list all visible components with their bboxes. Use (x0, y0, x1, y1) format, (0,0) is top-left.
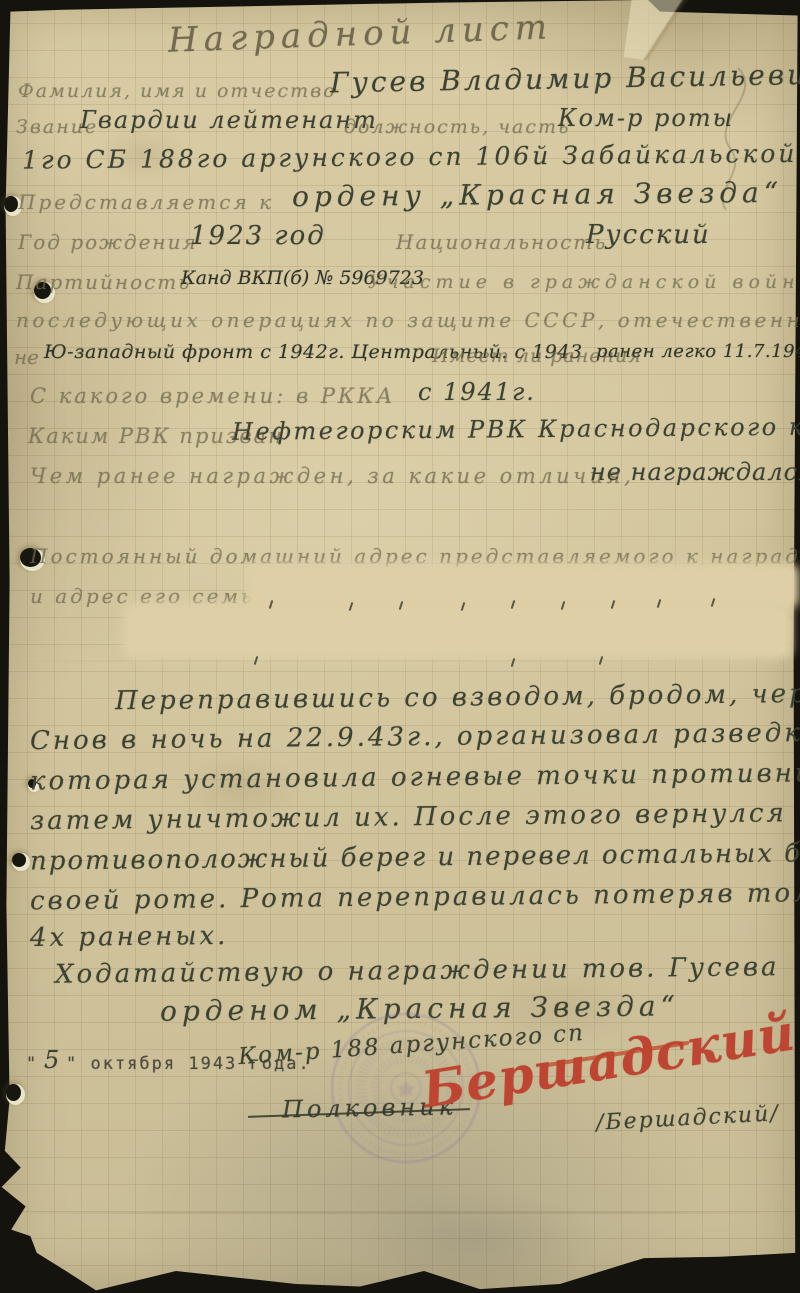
presented-label: Представляется к (18, 190, 274, 214)
rkka-since-label: С какого времени: в РККА (30, 384, 395, 408)
party-label: Партийность (16, 270, 191, 294)
prior-awards-value: не награждался (590, 458, 800, 486)
punch-hole-icon (4, 196, 18, 212)
position-label: должность, часть (344, 116, 570, 138)
position-value: Ком-р роты (558, 104, 734, 132)
address-label-1: Постоянный домашний адрес представляемог… (30, 544, 800, 568)
birth-year-value: 1923 год (190, 221, 326, 251)
punch-hole-icon (6, 1084, 21, 1101)
date-quote-open: " (26, 1054, 38, 1074)
rank-value: Гвардии лейтенант (80, 106, 378, 134)
war-participation-label-2: последующих операциях по защите СССР, от… (16, 308, 800, 332)
war-participation-label-1: Участие в гражданской войне, (368, 271, 800, 293)
rkka-since-value: с 1941г. (418, 378, 536, 406)
fold-crease-line (0, 1212, 800, 1214)
fold-crease-line (0, 660, 800, 662)
address-label-2: и адрес его семьи (30, 584, 271, 608)
nationality-value: Русский (586, 220, 711, 250)
presented-value: ордену „Красная Звезда“ (292, 176, 783, 213)
name-label: Фамилия, имя и отчество (18, 80, 337, 102)
punch-hole-icon (12, 853, 26, 867)
rvk-value: Нефтегорским РВК Краснодарского края (232, 412, 800, 445)
redaction-band (130, 610, 785, 652)
description-line: 4х раненых. (30, 921, 229, 953)
wounds-value: ранен легко 11.7.1942. (596, 341, 800, 362)
redaction-band (252, 570, 792, 602)
nationality-label: Национальность (396, 230, 607, 254)
war-participation-label-3: не (14, 345, 39, 369)
birth-year-label: Год рождения (18, 230, 198, 254)
date-day: 5 (44, 1046, 59, 1074)
prior-awards-label: Чем ранее награжден, за какие отличия, (30, 464, 634, 488)
